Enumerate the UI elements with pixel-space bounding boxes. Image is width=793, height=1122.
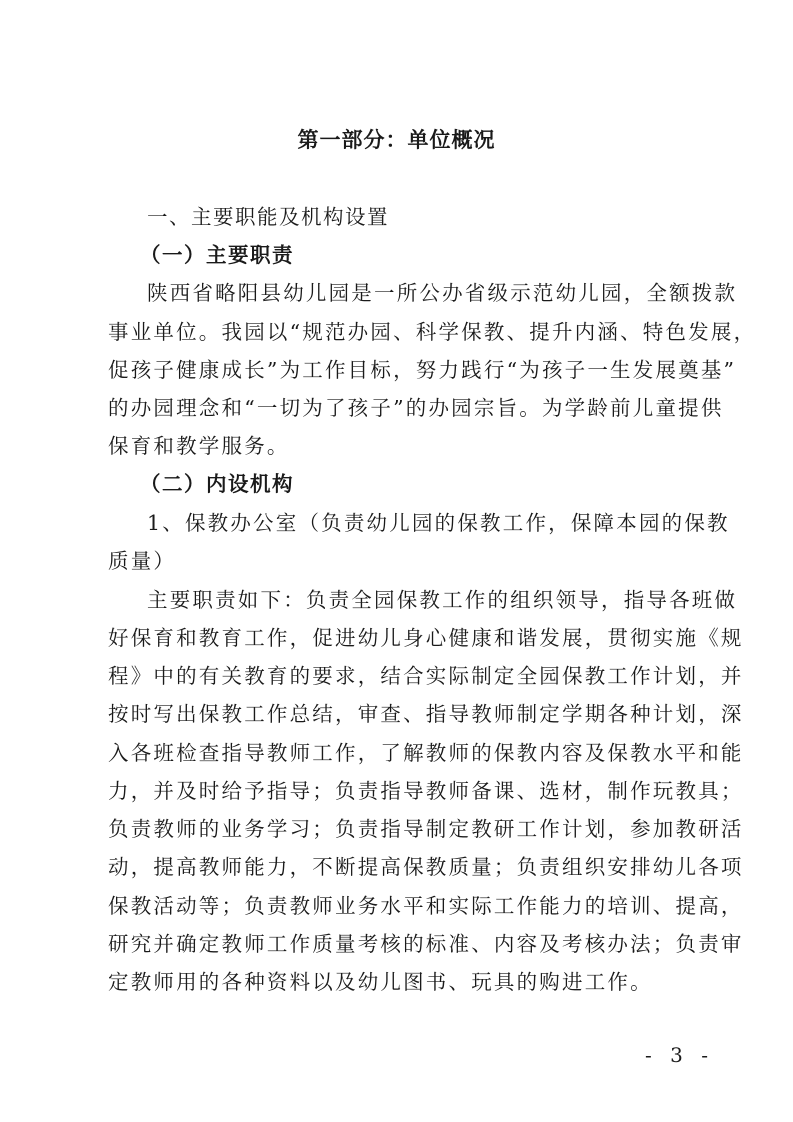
paragraph-line: 入各班检查指导教师工作，了解教师的保教内容及保教水平和能 — [108, 739, 698, 767]
section-heading: 一、主要职能及机构设置 — [147, 203, 737, 231]
paragraph-line: 陕西省略阳县幼儿园是一所公办省级示范幼儿园，全额拨款 — [147, 279, 698, 307]
page-title: 第一部分：单位概况 — [0, 124, 793, 154]
paragraph-line: 负责教师的业务学习；负责指导制定教研工作计划，参加教研活 — [108, 815, 698, 843]
page-number: - 3 - — [645, 1043, 714, 1067]
paragraph-line: 程》中的有关教育的要求，结合实际制定全园保教工作计划，并 — [108, 662, 698, 690]
subsection-heading-duties: （一）主要职责 — [140, 241, 730, 269]
paragraph-line: 动，提高教师能力，不断提高保教质量；负责组织安排幼儿各项 — [108, 853, 698, 881]
subsection-heading-departments: （二）内设机构 — [140, 470, 730, 498]
paragraph-line: 主要职责如下：负责全园保教工作的组织领导，指导各班做 — [147, 586, 698, 614]
paragraph-line: 按时写出保教工作总结，审查、指导教师制定学期各种计划，深 — [108, 700, 698, 728]
paragraph-line: 定教师用的各种资料以及幼儿图书、玩具的购进工作。 — [108, 968, 698, 996]
paragraph-line: 保教活动等；负责教师业务水平和实际工作能力的培训、提高， — [108, 892, 698, 920]
paragraph-line: 的办园理念和“一切为了孩子”的办园宗旨。为学龄前儿童提供 — [108, 394, 698, 422]
paragraph-line: 好保育和教育工作，促进幼儿身心健康和谐发展，贯彻实施《规 — [108, 624, 698, 652]
document-page: 第一部分：单位概况 一、主要职能及机构设置 （一）主要职责 陕西省略阳县幼儿园是… — [0, 0, 793, 1122]
paragraph-line: 研究并确定教师工作质量考核的标准、内容及考核办法；负责审 — [108, 930, 698, 958]
paragraph-line: 力，并及时给予指导；负责指导教师备课、选材，制作玩教具； — [108, 777, 698, 805]
paragraph-line: 事业单位。我园以“规范办园、科学保教、提升内涵、特色发展， — [108, 318, 698, 346]
paragraph-line: 保育和教学服务。 — [108, 432, 698, 460]
paragraph-line: 1、保教办公室（负责幼儿园的保教工作，保障本园的保教 — [147, 509, 698, 537]
paragraph-line: 促孩子健康成长”为工作目标，努力践行“为孩子一生发展奠基” — [108, 356, 698, 384]
paragraph-line: 质量） — [108, 547, 698, 575]
